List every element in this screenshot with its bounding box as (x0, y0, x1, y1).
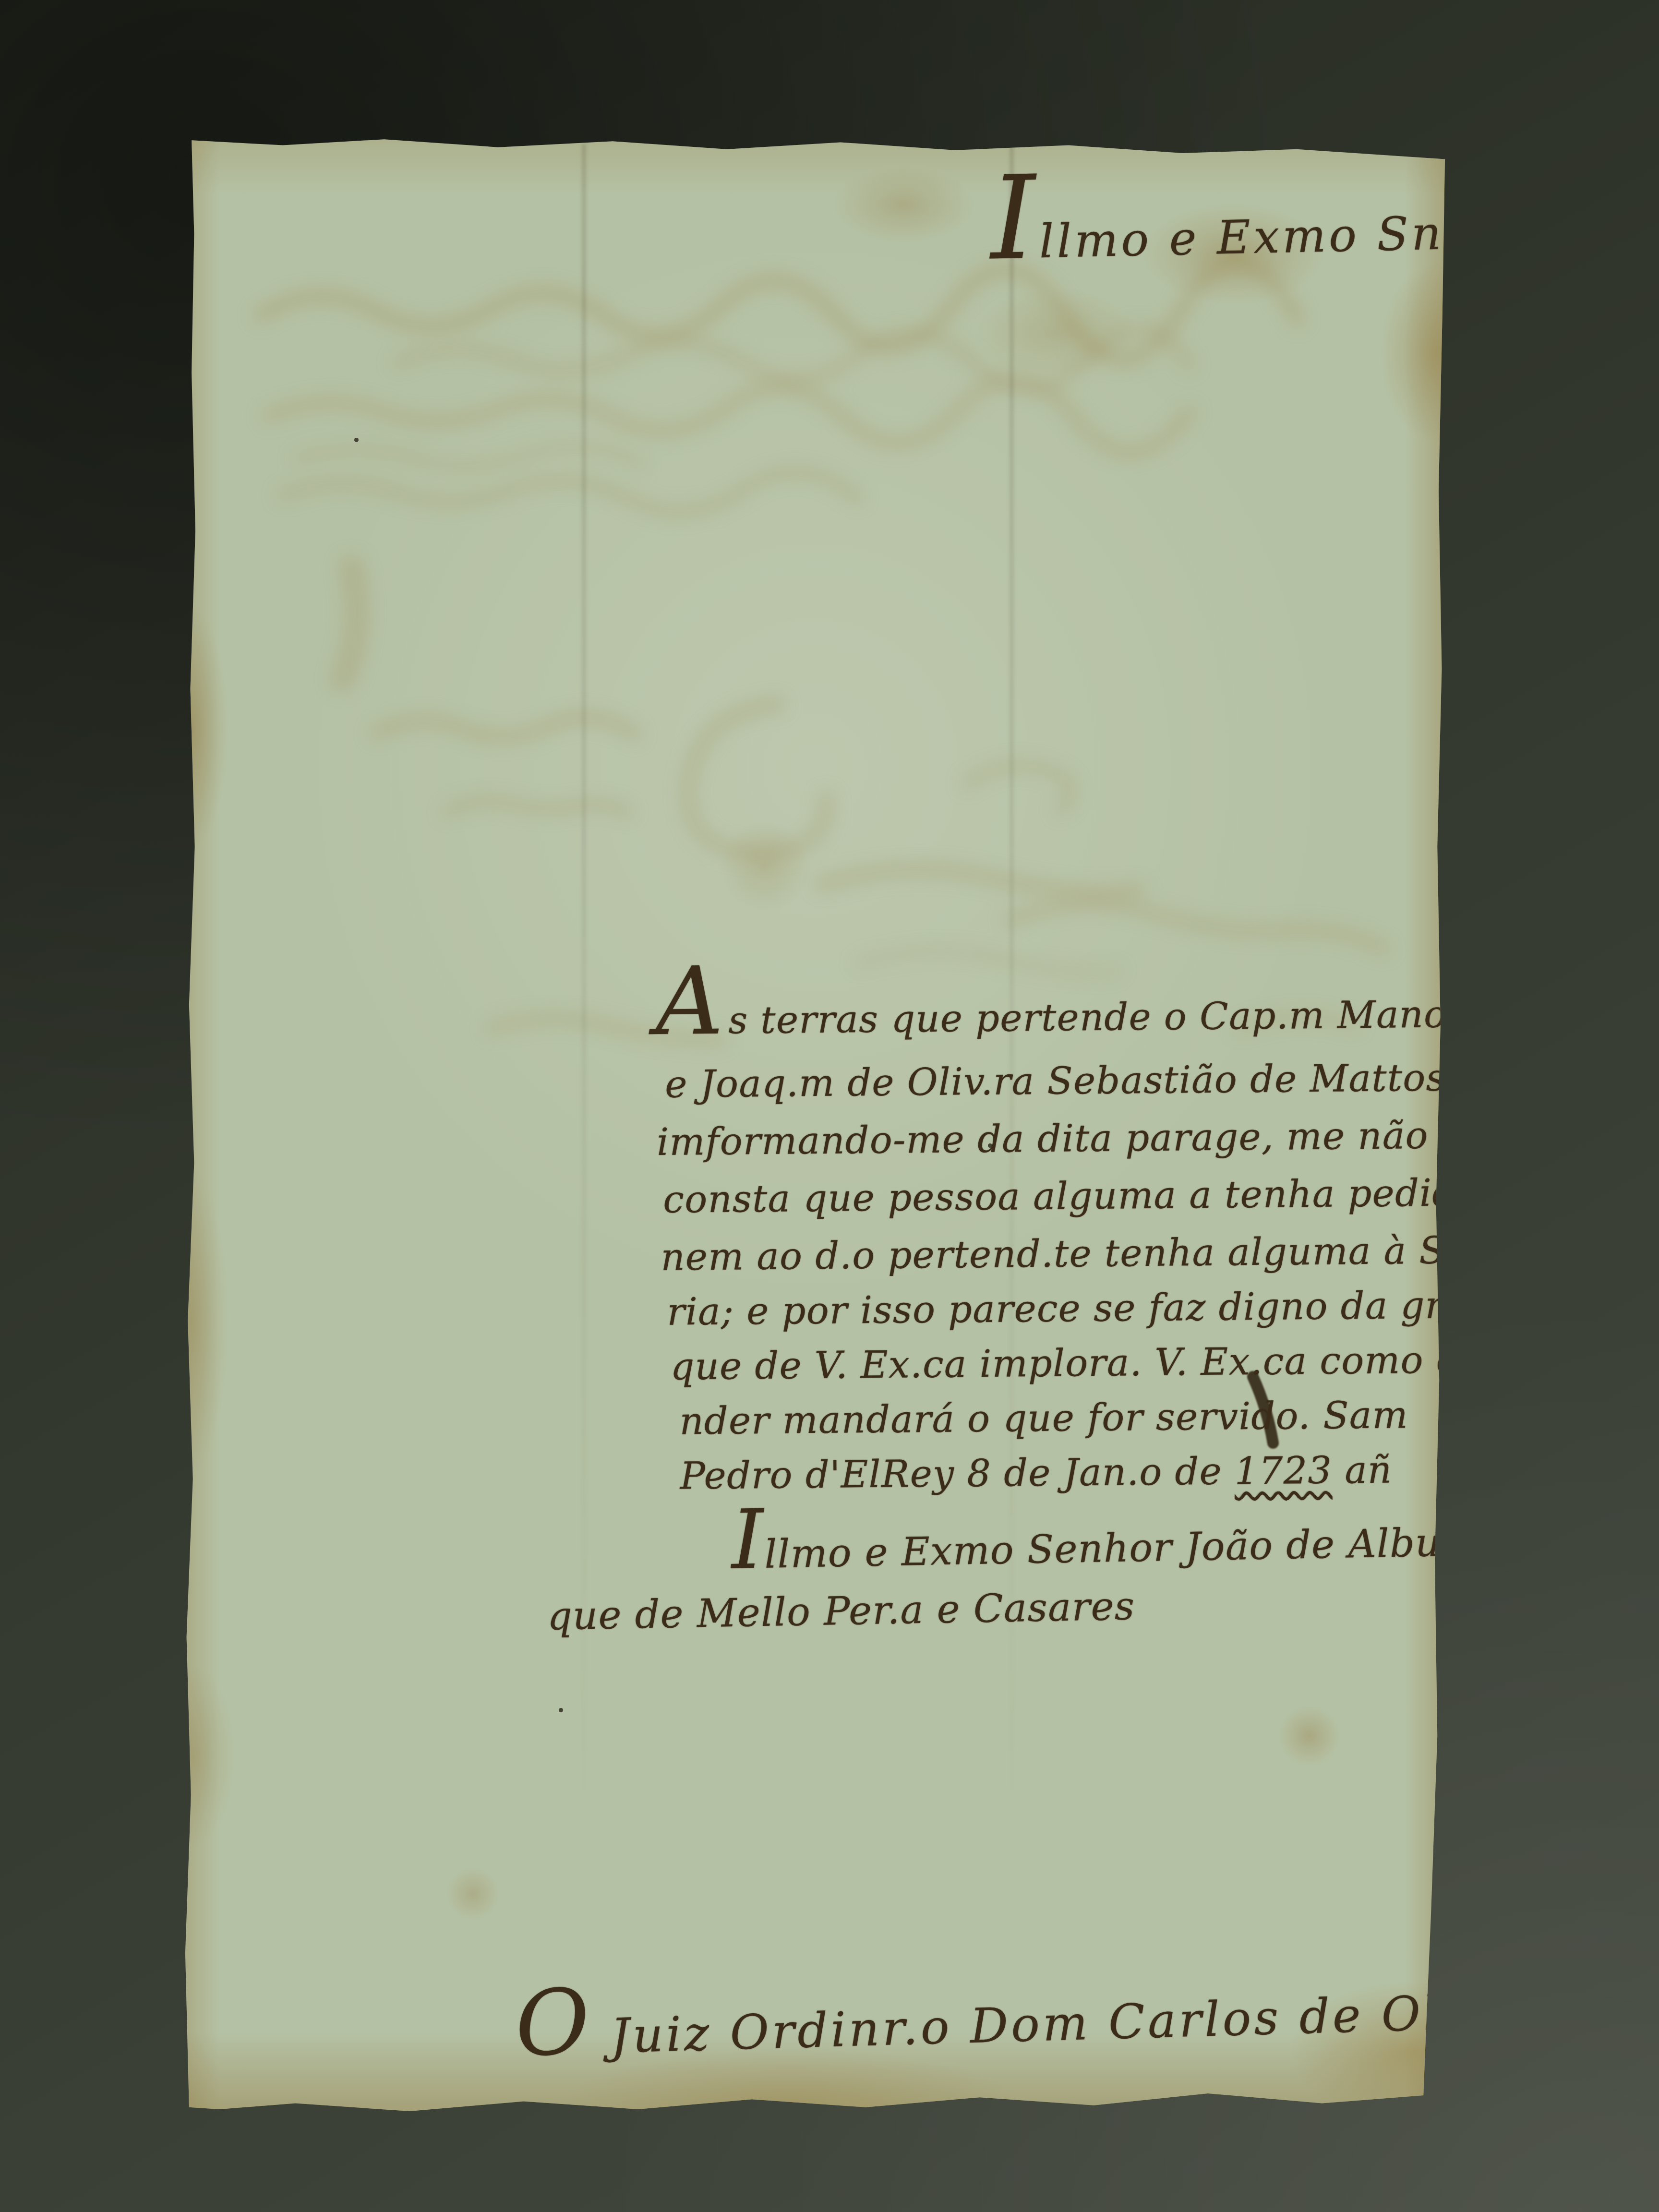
body-line: ria; e por isso parece se faz digno da g… (667, 1284, 1511, 1334)
body-line: e Joaq.m de Oliv.ra Sebastião de Mattos;… (665, 1057, 1551, 1107)
letter-body: As terras que pertende o Cap.m Manoel e … (173, 130, 1457, 2117)
body-line: consta que pessoa alguma a tenha pedido, (663, 1172, 1492, 1223)
date-prefix: Pedro d'ElRey 8 de Jan.o de (680, 1451, 1235, 1499)
body-line: imformando-me da dita parage, me não (657, 1115, 1429, 1165)
date-suffix: añ (1332, 1450, 1393, 1493)
body-line: nder mandará o que for servido. Sam (679, 1395, 1408, 1444)
body-line: que de V. Ex.ca implora. V. Ex.ca como e… (670, 1339, 1535, 1390)
body-line: As terras que pertende o Cap.m Manoel (656, 994, 1482, 1044)
photo-stage: Illmo e Exmo Snr As terras que pertende … (0, 0, 1659, 2212)
date-line: Pedro d'ElRey 8 de Jan.o de 1723 añ (680, 1450, 1393, 1499)
manuscript-page: Illmo e Exmo Snr As terras que pertende … (181, 135, 1449, 2111)
date-year-underlined: 1723 (1234, 1450, 1332, 1494)
body-line: nem ao d.o pertend.te tenha alguma à Ses… (661, 1229, 1560, 1280)
